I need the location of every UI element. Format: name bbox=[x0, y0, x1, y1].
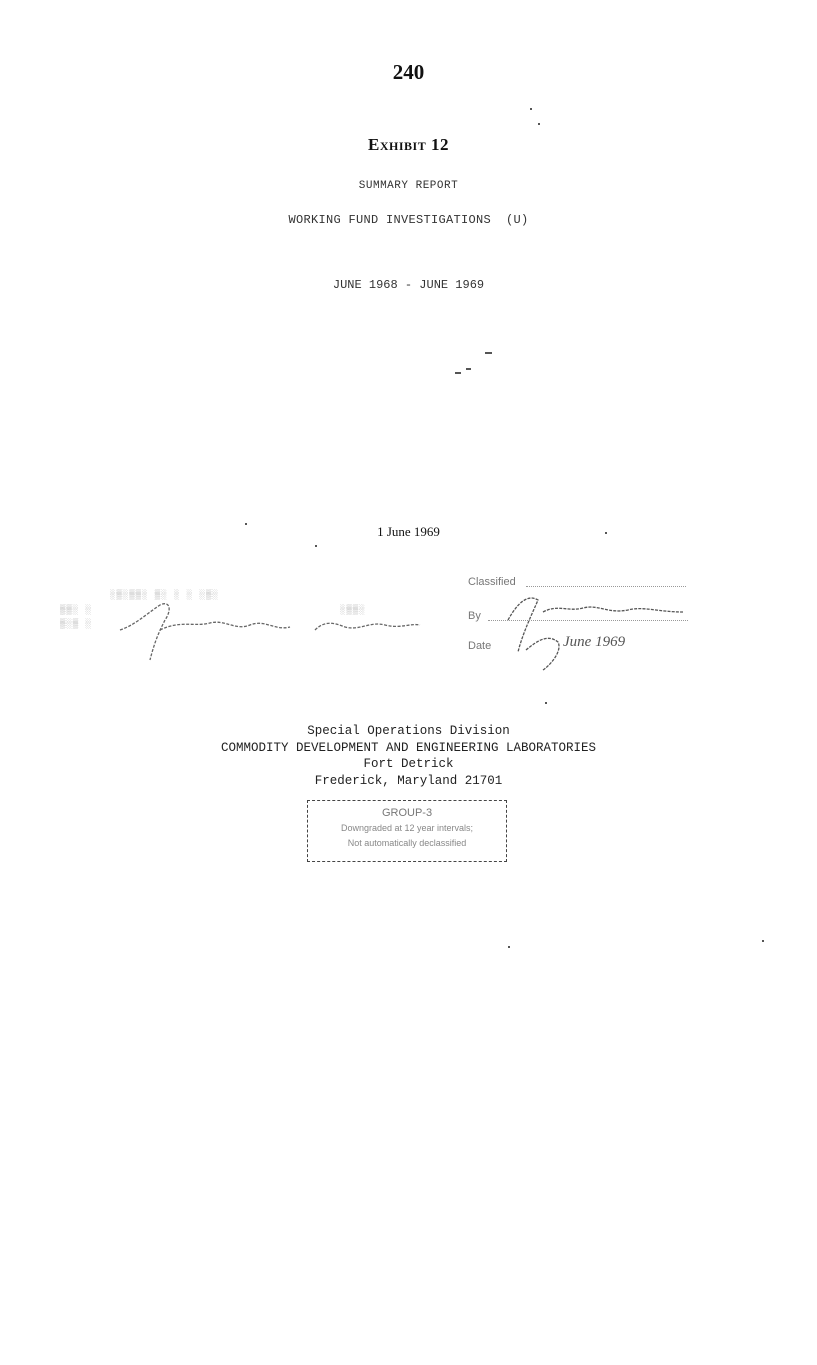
report-title: WORKING FUND INVESTIGATIONS bbox=[288, 213, 491, 227]
scan-speck bbox=[538, 123, 540, 125]
scan-speck bbox=[315, 545, 317, 547]
exhibit-title: Exhibit 12 bbox=[0, 135, 817, 155]
declassification-block: Classified By Date June 1969 bbox=[468, 572, 698, 682]
scan-speck bbox=[530, 108, 532, 110]
page-number: 240 bbox=[0, 60, 817, 85]
handwritten-date: June 1969 bbox=[563, 634, 625, 651]
report-type: SUMMARY REPORT bbox=[0, 180, 817, 192]
scan-speck bbox=[508, 946, 510, 948]
handwritten-initials bbox=[468, 572, 698, 682]
post-name: Fort Detrick bbox=[0, 756, 817, 773]
stamp-line-2: Not automatically declassified bbox=[308, 836, 506, 851]
organization-address: Special Operations Division COMMODITY DE… bbox=[0, 723, 817, 789]
city-state-zip: Frederick, Maryland 21701 bbox=[0, 773, 817, 790]
report-period: JUNE 1968 - JUNE 1969 bbox=[0, 278, 817, 292]
scan-speck bbox=[466, 368, 471, 370]
scan-speck bbox=[455, 372, 461, 374]
stamp-title: GROUP-3 bbox=[308, 806, 506, 821]
laboratory-name: COMMODITY DEVELOPMENT AND ENGINEERING LA… bbox=[0, 740, 817, 757]
classification-marking: (U) bbox=[506, 213, 529, 227]
scan-speck bbox=[545, 702, 547, 704]
signature-block-left: ░▒░▒▒░ ▒░ ░ ░ ░▒░ ▒▒░ ░ ▒░▒ ░ ░▒▒░ bbox=[60, 585, 430, 665]
report-date: 1 June 1969 bbox=[0, 524, 817, 540]
scan-speck bbox=[485, 352, 492, 354]
group-stamp: GROUP-3 Downgraded at 12 year intervals;… bbox=[307, 800, 507, 862]
stamp-line-1: Downgraded at 12 year intervals; bbox=[308, 821, 506, 836]
report-title-line: WORKING FUND INVESTIGATIONS (U) bbox=[0, 213, 817, 227]
scan-speck bbox=[762, 940, 764, 942]
handwritten-signature bbox=[60, 585, 430, 665]
division-name: Special Operations Division bbox=[0, 723, 817, 740]
